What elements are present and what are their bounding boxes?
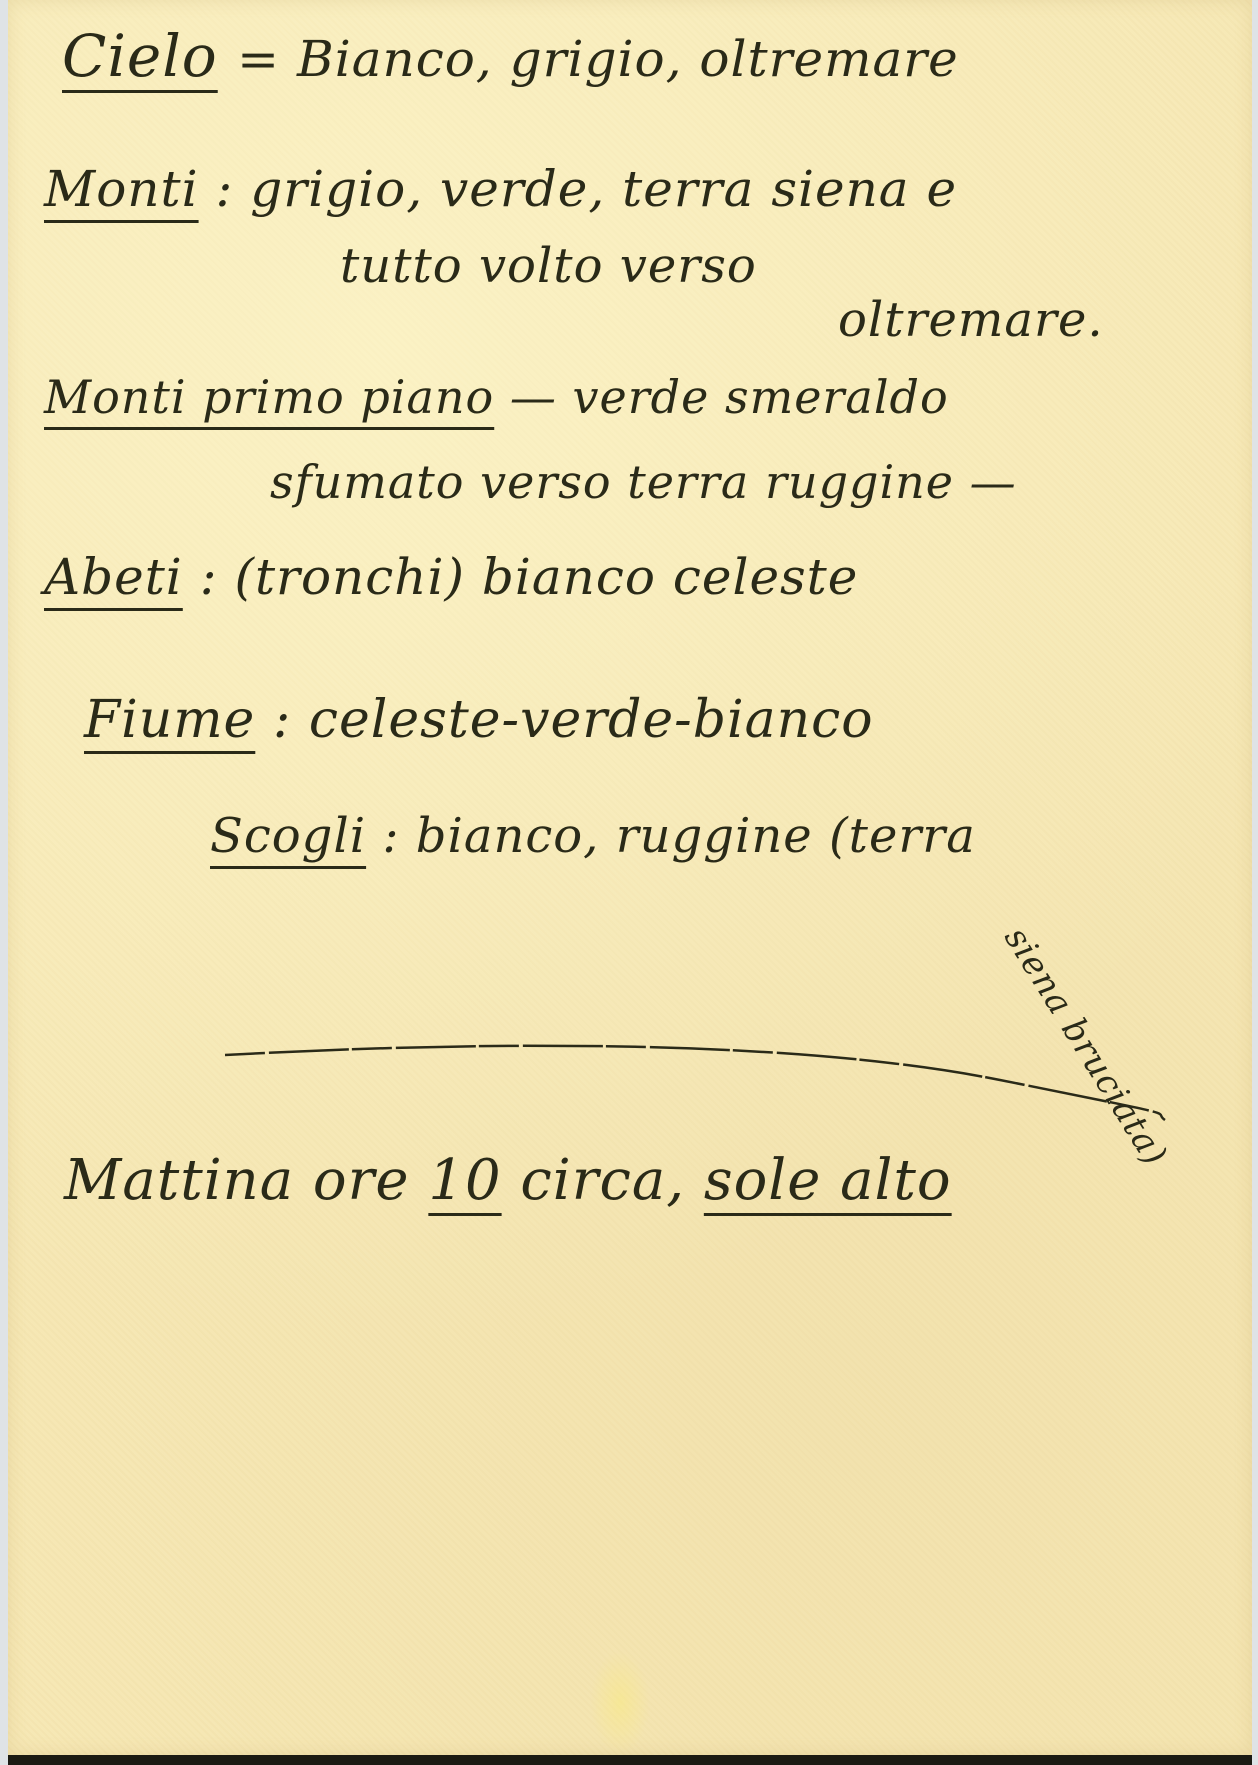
text-mattina: Mattina ore bbox=[64, 1148, 410, 1213]
label-ora-10: 10 bbox=[428, 1148, 501, 1213]
line-mattina: Mattina ore 10 circa, sole alto bbox=[64, 1148, 952, 1213]
text-circa: circa, bbox=[520, 1148, 685, 1213]
separator-curve bbox=[0, 0, 1258, 1765]
label-sole-alto: sole alto bbox=[704, 1148, 952, 1213]
